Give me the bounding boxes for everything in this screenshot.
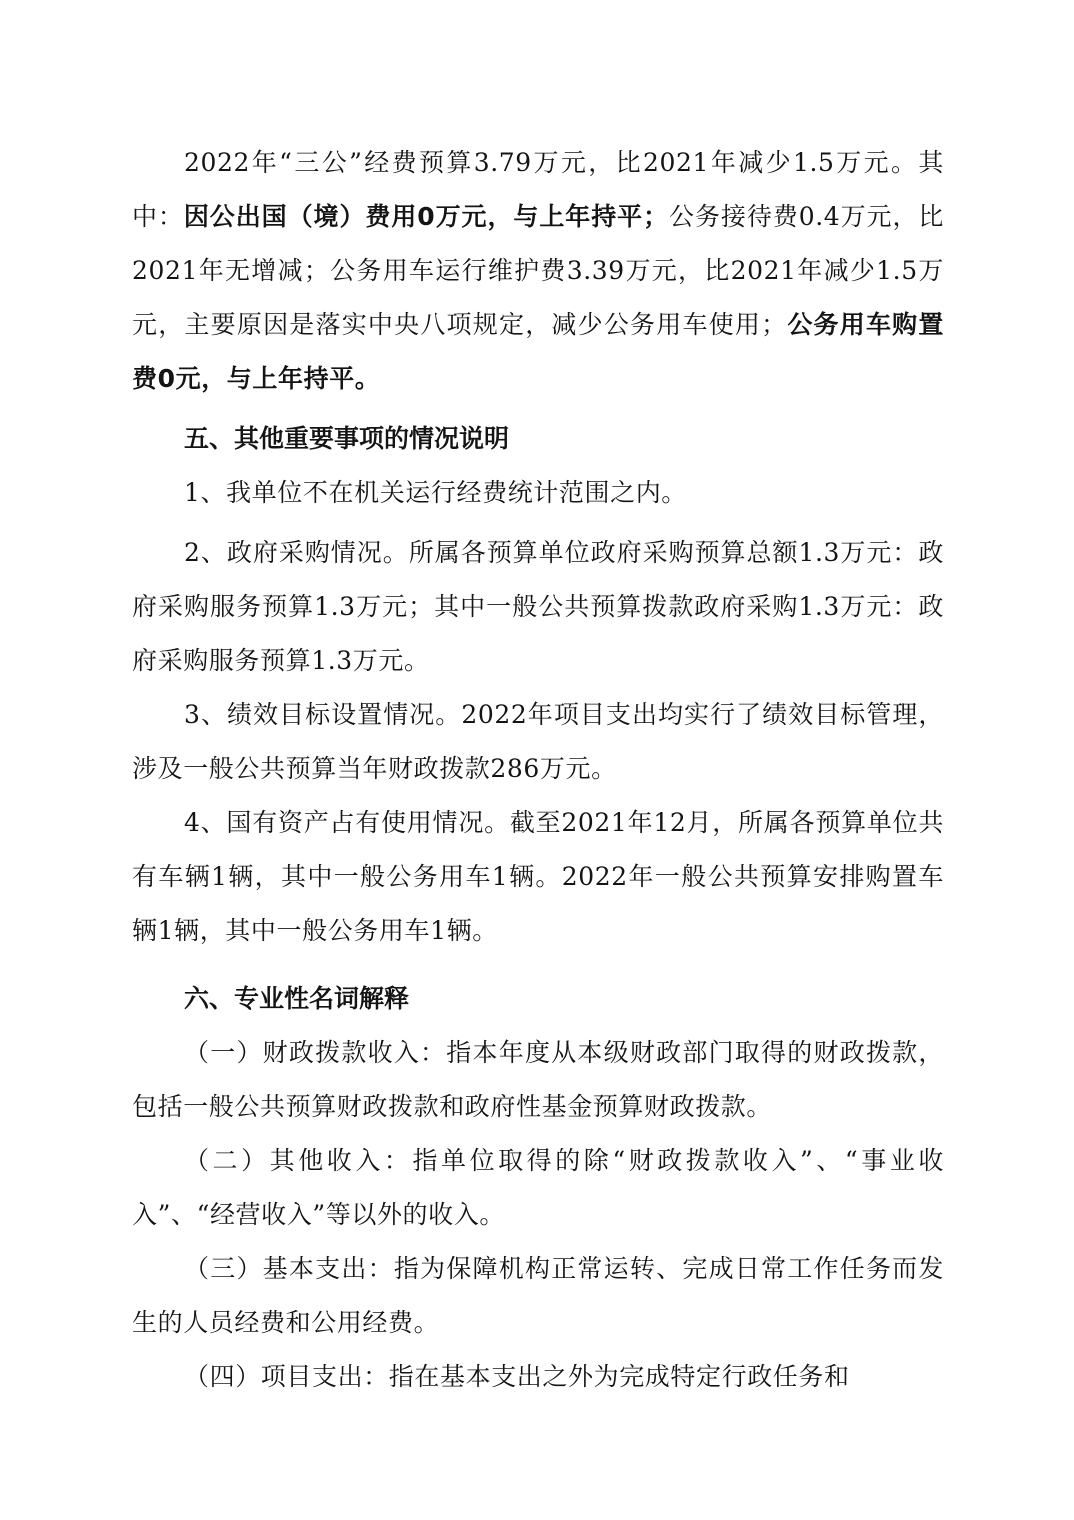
document-page: 2022年“三公”经费预算3.79万元，比2021年减少1.5万元。其中：因公出… (132, 136, 944, 1404)
section5-item-2: 2、政府采购情况。所属各预算单位政府采购预算总额1.3万元：政府采购服务预算1.… (132, 526, 944, 688)
section6-heading: 六、专业性名词解释 (132, 972, 944, 1026)
section5-heading: 五、其他重要事项的情况说明 (132, 412, 944, 466)
section5-item-4: 4、国有资产占有使用情况。截至2021年12月，所属各预算单位共有车辆1辆，其中… (132, 796, 944, 958)
section5-item-3: 3、绩效目标设置情况。2022年项目支出均实行了绩效目标管理，涉及一般公共预算当… (132, 688, 944, 796)
section5-item-1: 1、我单位不在机关运行经费统计范围之内。 (132, 466, 944, 520)
section6-item-1: （一）财政拨款收入：指本年度从本级财政部门取得的财政拨款，包括一般公共预算财政拨… (132, 1026, 944, 1134)
sangong-budget-paragraph: 2022年“三公”经费预算3.79万元，比2021年减少1.5万元。其中：因公出… (132, 136, 944, 406)
section6-item-2: （二）其他收入：指单位取得的除“财政拨款收入”、“事业收入”、“经营收入”等以外… (132, 1134, 944, 1242)
section6-item-4: （四）项目支出：指在基本支出之外为完成特定行政任务和 (132, 1350, 944, 1404)
section6-item-3: （三）基本支出：指为保障机构正常运转、完成日常工作任务而发生的人员经费和公用经费… (132, 1242, 944, 1350)
sangong-text-bold-a: 因公出国（境）费用0万元，与上年持平； (184, 202, 669, 231)
